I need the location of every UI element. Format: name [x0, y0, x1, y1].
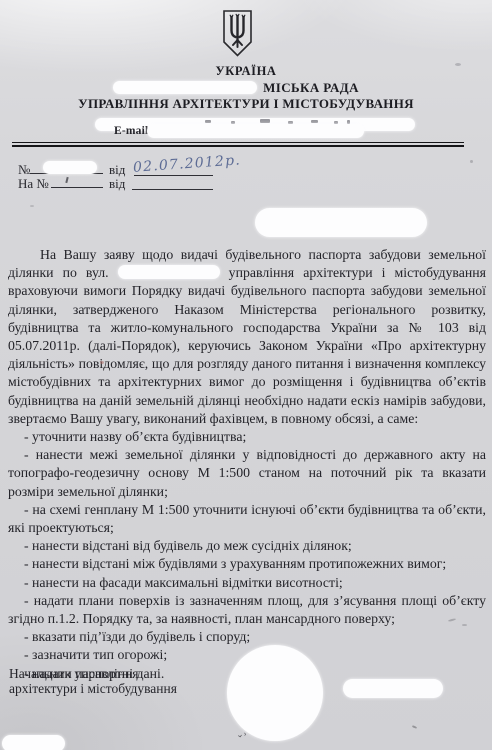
- redacted-footer-note: [2, 735, 65, 750]
- scan-speck: [462, 624, 467, 626]
- scan-speck: [100, 361, 104, 364]
- signer-title-line1: Начальник управління: [9, 666, 177, 681]
- redacted-street-name: [118, 265, 220, 279]
- opening-paragraph: На Вашу заяву щодо видачі будівельного п…: [8, 246, 486, 428]
- requirement-item: - вказати під’їзди до будівель і споруд;: [8, 628, 486, 646]
- country-title: УКРАЇНА: [0, 64, 492, 79]
- council-line: МІСЬКА РАДА: [0, 80, 482, 96]
- redacted-addressee: [255, 208, 427, 237]
- address-text-fragment: [311, 120, 318, 123]
- requirement-item: - на схемі генплану М 1:500 уточнити існ…: [8, 501, 486, 537]
- header-divider-rule: [12, 142, 464, 147]
- reply-number-blank-line: [51, 187, 103, 188]
- letter-body: На Вашу заяву щодо видачі будівельного п…: [8, 246, 486, 683]
- reply-date-label: від: [109, 176, 125, 192]
- scan-speck: [470, 160, 473, 163]
- pen-tick-mark: [65, 177, 68, 183]
- reply-date-blank-line: [132, 189, 213, 190]
- redacted-email-address: [147, 124, 364, 138]
- ukraine-tryzub-emblem-icon: [221, 9, 254, 58]
- pen-squiggle-mark: ⌄›: [235, 728, 248, 741]
- scan-speck: [455, 63, 461, 66]
- scanned-letter-page: УКРАЇНА МІСЬКА РАДА УПРАВЛІННЯ АРХІТЕКТУ…: [0, 0, 492, 750]
- redacted-stamp: [227, 645, 323, 741]
- redacted-outgoing-number: [43, 161, 97, 174]
- reply-number-label: На №: [18, 176, 49, 192]
- council-label: МІСЬКА РАДА: [263, 80, 359, 95]
- redacted-city-name: [113, 81, 257, 94]
- requirement-item: - уточнити назву об’єкта будівництва;: [8, 428, 486, 446]
- redacted-signer-name: [343, 679, 443, 698]
- requirement-item: - нанести на фасади максимальні відмітки…: [8, 574, 486, 592]
- requirement-item: - нанести відстані від будівель до меж с…: [8, 537, 486, 555]
- scan-speck: [30, 205, 34, 207]
- handwritten-date: 02.07.2012р.: [133, 152, 244, 176]
- address-text-fragment: [260, 119, 270, 123]
- department-title: УПРАВЛІННЯ АРХІТЕКТУРИ І МІСТОБУДУВАННЯ: [0, 96, 492, 111]
- address-text-fragment: [205, 120, 211, 123]
- requirement-item: - нанести відстані між будівлями з ураху…: [8, 555, 486, 573]
- signature-block: Начальник управління архітектури і місто…: [9, 666, 177, 697]
- requirement-item: - нанести межі земельної ділянки у відпо…: [8, 446, 486, 501]
- date-blank-line: [134, 175, 213, 176]
- scan-speck: [412, 725, 417, 729]
- requirement-item: - надати плани поверхів із зазначенням п…: [8, 592, 486, 628]
- paragraph-text-after-redaction: управління архітектури і містобудування …: [8, 265, 486, 426]
- signer-title-line2: архітектури і містобудування: [9, 681, 177, 696]
- letterhead: УКРАЇНА МІСЬКА РАДА УПРАВЛІННЯ АРХІТЕКТУ…: [0, 64, 492, 111]
